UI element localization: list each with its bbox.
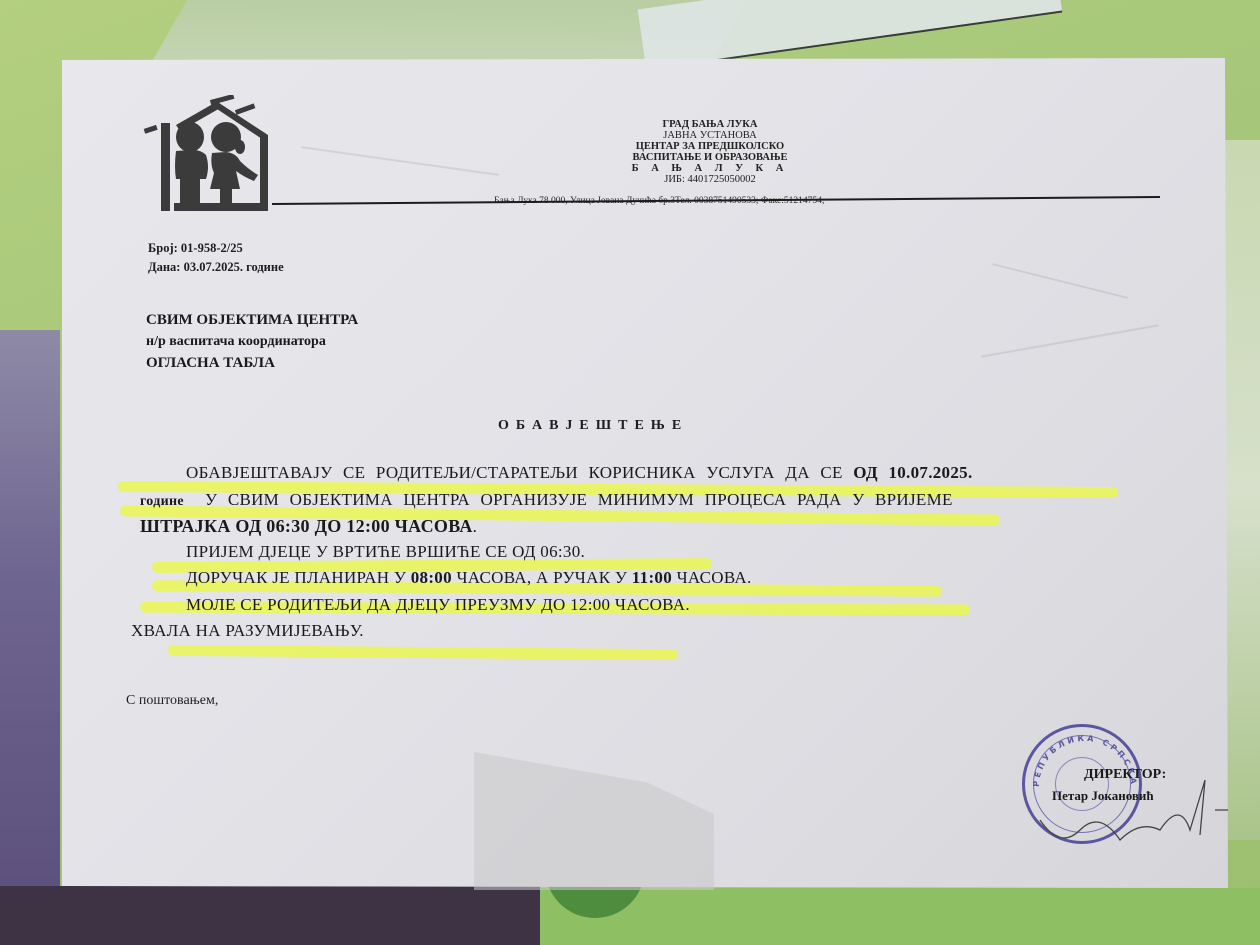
letterhead: ГРАД БАЊА ЛУКА ЈАВНА УСТАНОВА ЦЕНТАР ЗА …: [560, 119, 860, 185]
background-dark-panel: [0, 886, 540, 945]
body-line: ПРИЈЕМ ДЈЕЦЕ У ВРТИЋЕ ВРШИЋЕ СЕ ОД 06:30…: [186, 542, 585, 562]
body-text: У СВИМ ОБЈЕКТИМА ЦЕНТРА ОРГАНИЗУЈЕ МИНИМ…: [184, 490, 953, 509]
body-text: .: [473, 517, 478, 536]
body-line: ШТРАЈКА ОД 06:30 ДО 12:00 ЧАСОВА.: [140, 516, 477, 537]
body-text: ДОРУЧАК ЈЕ ПЛАНИРАН У: [186, 568, 411, 587]
body-line: године У СВИМ ОБЈЕКТИМА ЦЕНТРА ОРГАНИЗУЈ…: [140, 490, 953, 510]
document-number: Број: 01-958-2/25: [148, 241, 243, 256]
body-line: ДОРУЧАК ЈЕ ПЛАНИРАН У 08:00 ЧАСОВА, А РУ…: [186, 568, 752, 588]
body-text-bold: године: [140, 494, 184, 509]
letterhead-line: ЈИБ: 4401725050002: [560, 174, 860, 185]
closing-regards: С поштовањем,: [126, 693, 218, 709]
letterhead-line: Б А Њ А Л У К А: [560, 163, 860, 174]
recipient-line: ОГЛАСНА ТАБЛА: [146, 355, 275, 372]
body-line: МОЛЕ СЕ РОДИТЕЉИ ДА ДЈЕЦУ ПРЕУЗМУ ДО 12:…: [186, 595, 690, 615]
body-text: ЧАСОВА.: [672, 568, 752, 587]
notice-title: ОБАВЈЕШТЕЊЕ: [498, 418, 688, 434]
background-purple-poster: [0, 330, 60, 945]
letterhead-line: ГРАД БАЊА ЛУКА: [560, 119, 860, 130]
body-text-bold: ШТРАЈКА ОД 06:30 ДО 12:00 ЧАСОВА: [140, 516, 473, 536]
house-with-two-children-icon: [140, 95, 276, 213]
body-text-bold: 11:00: [632, 568, 672, 587]
letterhead-line: ЦЕНТАР ЗА ПРЕДШКОЛСКО: [560, 141, 860, 152]
recipient-line: н/р васпитача координатора: [146, 334, 326, 350]
body-text-bold: ОД 10.07.2025.: [853, 463, 972, 482]
body-text: ОБАВЈЕШТАВАЈУ СЕ РОДИТЕЉИ/СТАРАТЕЉИ КОРИ…: [186, 463, 853, 482]
letterhead-line: ВАСПИТАЊЕ И ОБРАЗОВАЊЕ: [560, 152, 860, 163]
background-green-panel: [540, 888, 1260, 945]
body-line: ХВАЛА НА РАЗУМИЈЕВАЊУ.: [131, 621, 364, 641]
recipient-line: СВИМ ОБЈЕКТИМА ЦЕНТРА: [146, 312, 358, 329]
signature: [1030, 760, 1230, 870]
letterhead-line: ЈАВНА УСТАНОВА: [560, 130, 860, 141]
body-line: ОБАВЈЕШТАВАЈУ СЕ РОДИТЕЉИ/СТАРАТЕЉИ КОРИ…: [186, 463, 973, 483]
body-text-bold: 08:00: [411, 568, 452, 587]
document-date: Дана: 03.07.2025. године: [148, 260, 284, 275]
body-text: ЧАСОВА, А РУЧАК У: [452, 568, 632, 587]
background-plastic-strip: [1225, 140, 1260, 840]
